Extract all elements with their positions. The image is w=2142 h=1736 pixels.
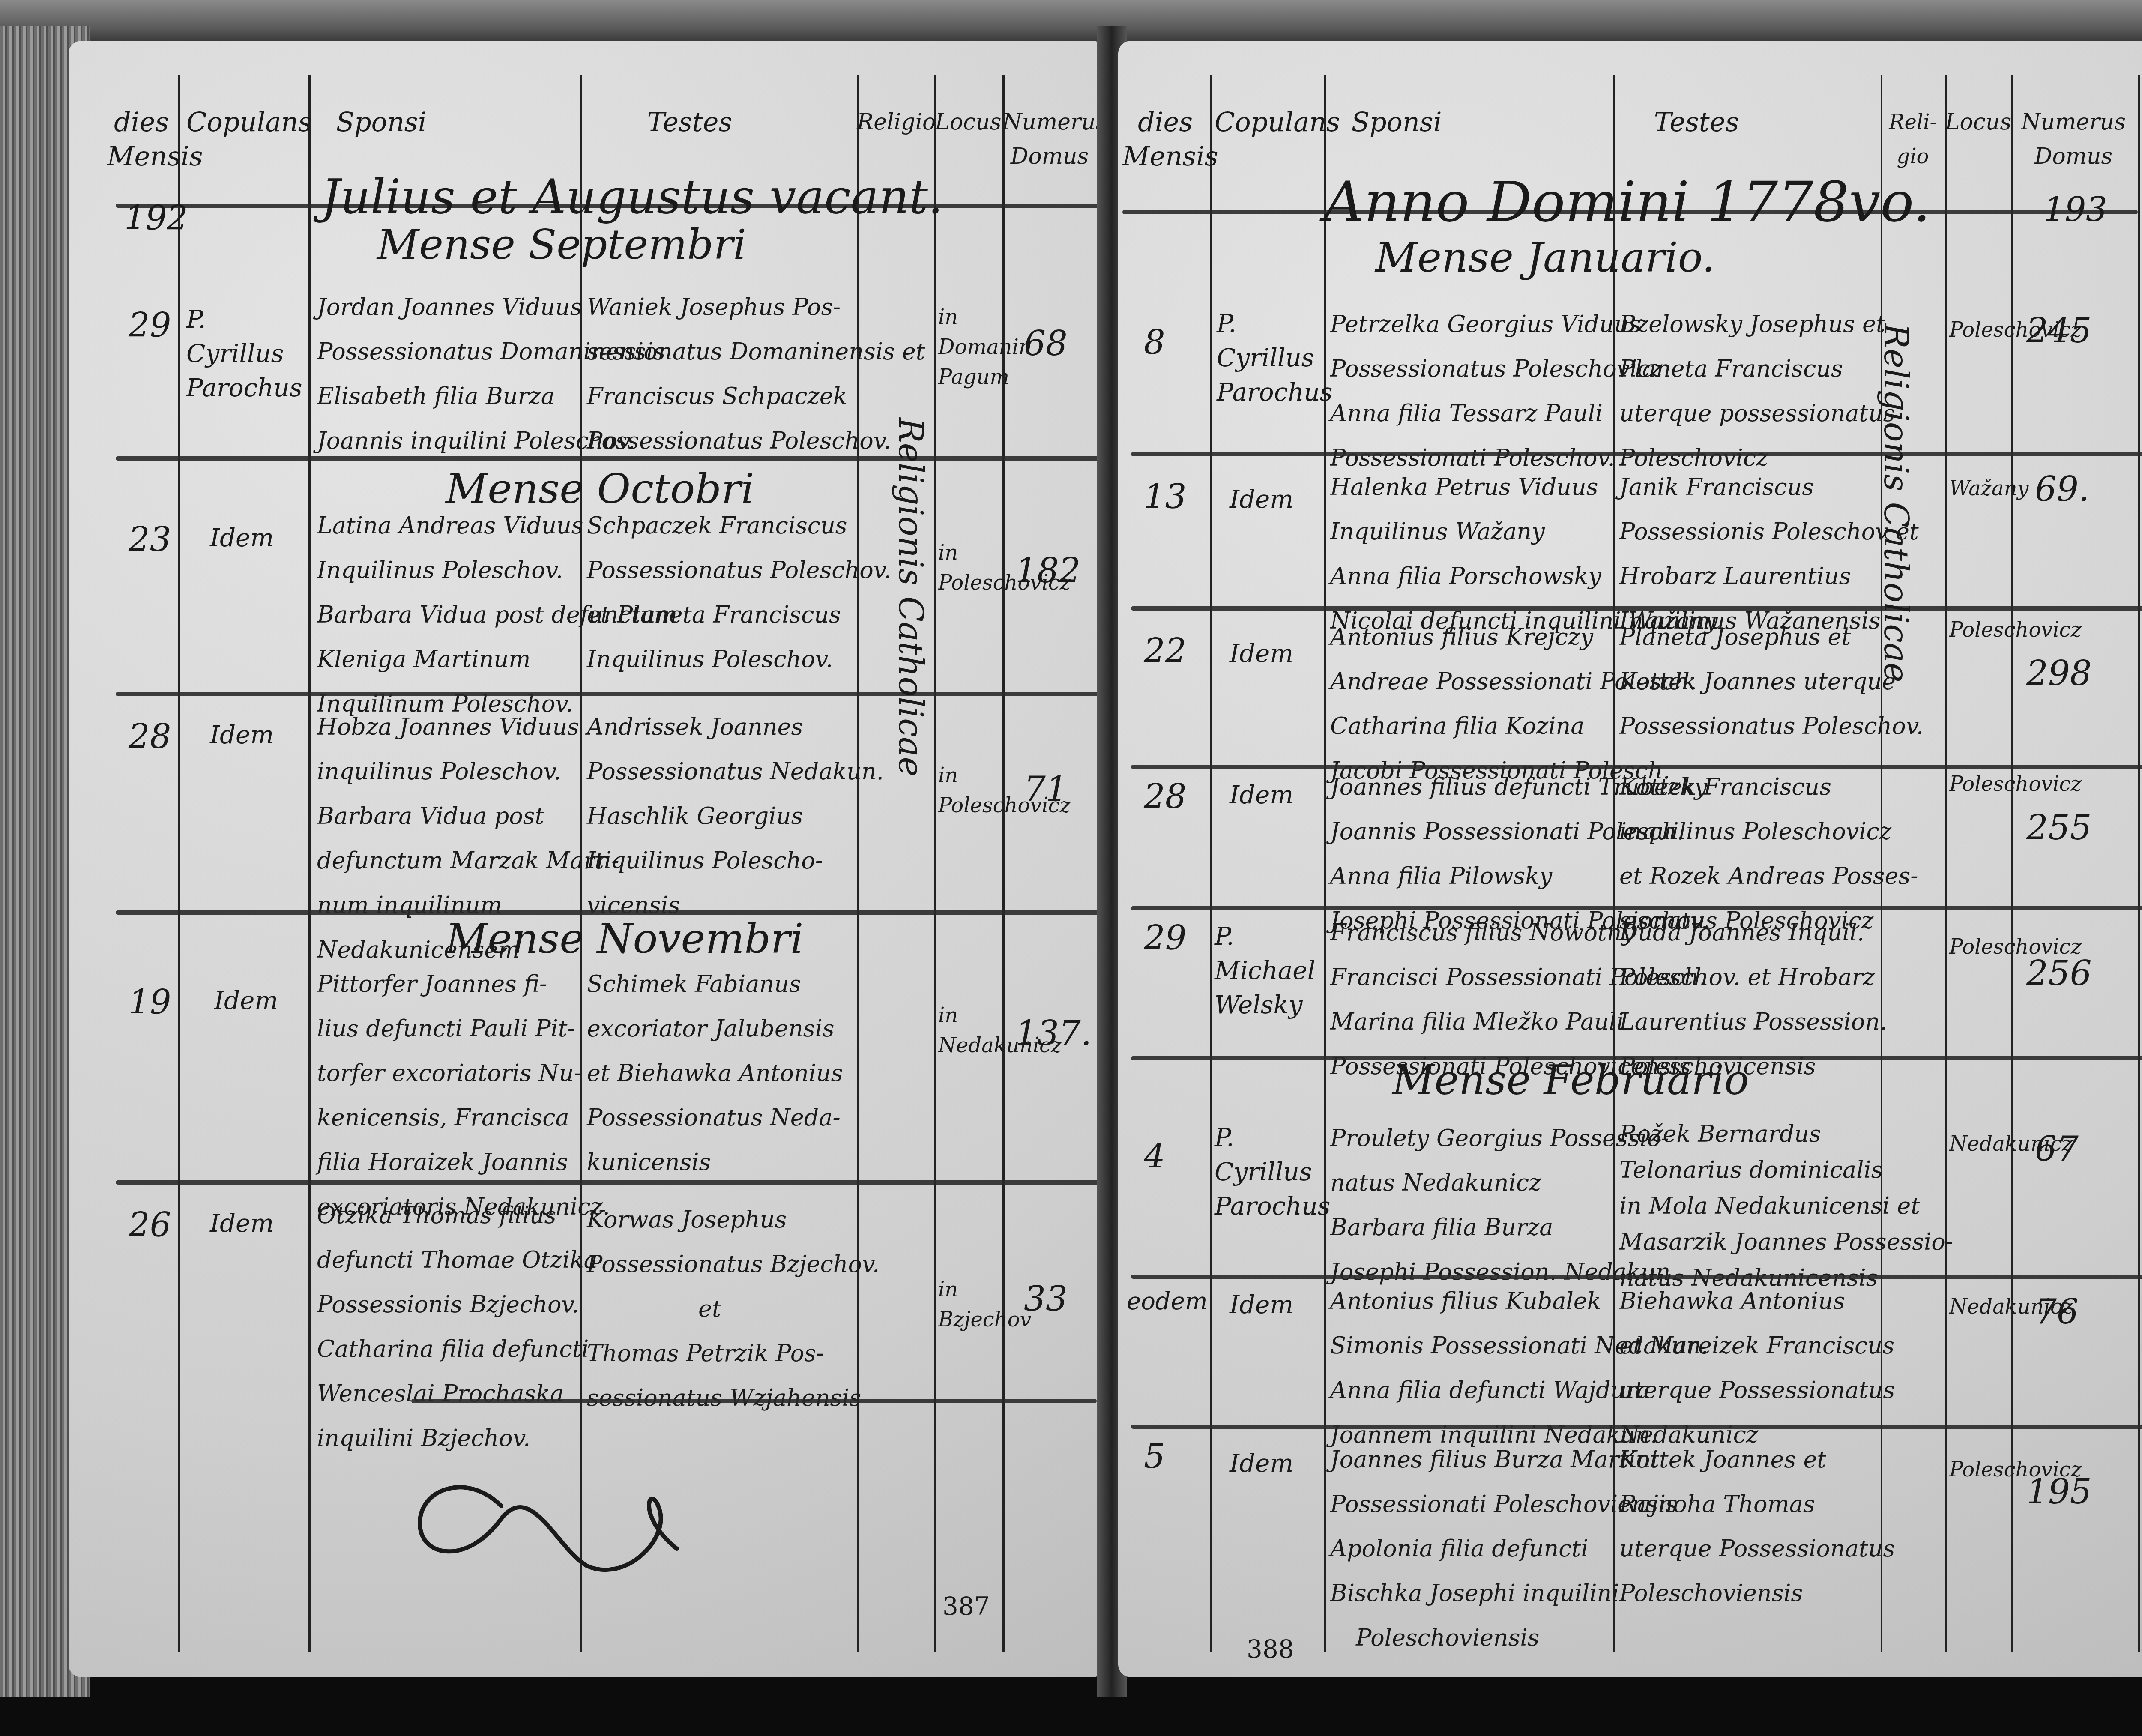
month-heading-february: Mense Februario bbox=[1392, 1056, 1749, 1104]
sponsi-line: inquilini Bzjechov. bbox=[317, 1416, 598, 1461]
register-spread: dies Mensis Copulans Sponsi Testes Relig… bbox=[0, 0, 2142, 1736]
entry-day: 13 bbox=[1144, 478, 1186, 516]
book-top-edge bbox=[0, 0, 2142, 47]
testes-line: Masarzik Joannes Possessio- bbox=[1619, 1224, 1953, 1260]
entry-copulans: Idem bbox=[214, 983, 278, 1018]
entry-domus: 76 bbox=[2035, 1292, 2079, 1332]
testes-line: Andrissek Joannes bbox=[587, 705, 884, 749]
testes-line: uterque Possessionatus bbox=[1619, 1526, 1895, 1571]
column-divider bbox=[1945, 75, 1947, 1652]
entry-testes: Waniek Josephus Pos- sessionatus Domanin… bbox=[587, 285, 925, 463]
testes-line: Possessionatus Poleschov. bbox=[587, 548, 891, 593]
entry-locus: Nedakunicz bbox=[1949, 1129, 2009, 1159]
sponsi-line: Pittorfer Joannes fi- bbox=[317, 962, 610, 1006]
entry-locus: Poleschovicz bbox=[1949, 932, 2009, 962]
testes-line: Poleschov. et Hrobarz bbox=[1619, 955, 1887, 1000]
testes-line: et Biehawka Antonius bbox=[587, 1051, 843, 1095]
testes-line: Possessionatus Neda- bbox=[587, 1095, 843, 1140]
column-header-locus: Locus bbox=[1945, 105, 2011, 139]
testes-line: sessionatus Wzjahensis bbox=[587, 1376, 880, 1420]
entry-copulans: Idem bbox=[210, 521, 274, 555]
testes-line: Kottek Joannes et bbox=[1619, 1437, 1895, 1482]
testes-line: Inquilinus Polescho- bbox=[587, 838, 884, 883]
entry-day: 28 bbox=[129, 718, 171, 756]
entry-sponsi: Otzika Thomas filius defuncti Thomae Otz… bbox=[317, 1193, 598, 1461]
testes-line: Possessionatus Bzjechov. bbox=[587, 1242, 880, 1287]
right-page: dies Mensis Copulans Sponsi Testes Reli-… bbox=[1118, 41, 2142, 1677]
column-header-copulans: Copulans bbox=[186, 105, 302, 139]
entry-domus: 69. bbox=[2035, 469, 2089, 509]
testes-line: Laurentius Possession. bbox=[1619, 1000, 1887, 1044]
testes-line: Korwas Josephus bbox=[587, 1197, 880, 1242]
entry-locus: in Nedakunicz bbox=[938, 1000, 998, 1060]
entry-day: 23 bbox=[129, 521, 171, 559]
sponsi-line: defuncti Thomae Otzika bbox=[317, 1238, 598, 1282]
sponsi-line: Barbara Vidua post bbox=[317, 794, 619, 838]
entry-domus: 182 bbox=[1015, 551, 1081, 590]
sponsi-line: defunctum Marzak Marti- bbox=[317, 838, 619, 883]
entry-copulans: Idem bbox=[1230, 1446, 1293, 1480]
entry-copulans: Idem bbox=[210, 1206, 274, 1240]
column-header-religio: Reli-gio bbox=[1881, 105, 1945, 174]
testes-line: Possessionatus Poleschov. bbox=[1619, 704, 1924, 748]
column-header-testes: Testes bbox=[1632, 105, 1761, 139]
sponsi-line: Possessionatus Poleschovicz bbox=[1330, 347, 1662, 391]
testes-line: Kottek Franciscus bbox=[1619, 765, 1918, 809]
closing-flourish-icon bbox=[403, 1455, 788, 1583]
testes-line: Schpaczek Franciscus bbox=[587, 503, 891, 548]
entry-locus: Wažany bbox=[1949, 473, 2029, 503]
entry-testes: Kottek Joannes et Rajnoha Thomas uterque… bbox=[1619, 1437, 1895, 1616]
column-divider bbox=[1002, 75, 1005, 1652]
testes-line: Janik Franciscus bbox=[1619, 465, 1919, 509]
testes-line: Inquilinus Poleschov. bbox=[587, 637, 891, 682]
entry-locus: Poleschovicz bbox=[1949, 315, 2009, 345]
column-divider bbox=[2011, 75, 2013, 1652]
testes-line: inquilinus Poleschovicz bbox=[1619, 809, 1918, 854]
entry-domus: 195 bbox=[2026, 1472, 2092, 1512]
testes-line: et Mareizek Franciscus bbox=[1619, 1323, 1895, 1368]
entry-day: 19 bbox=[129, 983, 171, 1022]
column-header-sponsi: Sponsi bbox=[1332, 105, 1461, 139]
testes-line: Thomas Petrzik Pos- bbox=[587, 1331, 880, 1376]
sponsi-line: Hobza Joannes Viduus bbox=[317, 705, 619, 749]
testes-line: in Mola Nedakunicensi et bbox=[1619, 1188, 1953, 1224]
entry-locus: in Poleschovicz bbox=[938, 538, 998, 598]
entry-locus: Nedakunicz bbox=[1949, 1292, 2009, 1322]
testes-line: Duda Joannes Inquil. bbox=[1619, 910, 1887, 955]
entry-testes: Schpaczek Franciscus Possessionatus Pole… bbox=[587, 503, 891, 682]
testes-line: Planeta Franciscus bbox=[1619, 347, 1895, 391]
year-heading: Anno Domini 1778vo. bbox=[1324, 169, 1930, 234]
column-header-numerus-domus: Numerus Domus bbox=[2011, 105, 2136, 174]
entry-copulans: Idem bbox=[1230, 1287, 1293, 1322]
sponsi-line: inquilinus Poleschov. bbox=[317, 749, 619, 794]
entry-testes: Rožek Bernardus Telonarius dominicalis i… bbox=[1619, 1116, 1953, 1296]
entry-rule bbox=[1131, 452, 2142, 456]
entry-day: 22 bbox=[1144, 632, 1186, 670]
entry-rule bbox=[116, 910, 1101, 915]
testes-line: Waniek Josephus Pos- bbox=[587, 285, 925, 329]
testes-line: excoriator Jalubensis bbox=[587, 1006, 843, 1051]
left-page: dies Mensis Copulans Sponsi Testes Relig… bbox=[69, 41, 1105, 1677]
testes-line: Rajnoha Thomas bbox=[1619, 1482, 1895, 1526]
testes-line: Telonarius dominicalis bbox=[1619, 1152, 1953, 1188]
entry-copulans: Idem bbox=[210, 718, 274, 752]
entry-domus: 33 bbox=[1024, 1279, 1068, 1319]
testes-line: Rožek Bernardus bbox=[1619, 1116, 1953, 1152]
entry-locus: Poleschovicz bbox=[1949, 615, 2009, 645]
entry-testes: Biehawka Antonius et Mareizek Franciscus… bbox=[1619, 1279, 1895, 1457]
sponsi-line: Wenceslai Prochaska bbox=[317, 1371, 598, 1416]
sponsi-line: kenicensis, Francisca bbox=[317, 1095, 610, 1140]
testes-line: Poleschoviensis bbox=[1619, 1571, 1895, 1616]
folio-number: 193 bbox=[2043, 191, 2107, 229]
testes-line: uterque Possessionatus bbox=[1619, 1368, 1895, 1413]
column-header-numerus-domus: Numerus Domus bbox=[1002, 105, 1097, 174]
testes-line: Possessionatus Nedakun. bbox=[587, 749, 884, 794]
entry-locus: Poleschovicz bbox=[1949, 769, 2009, 799]
sponsi-line: Otzika Thomas filius bbox=[317, 1193, 598, 1238]
entry-locus: in Bzjechov bbox=[938, 1275, 998, 1335]
testes-line: Possessionis Poleschov et bbox=[1619, 509, 1919, 554]
entry-rule bbox=[1131, 1275, 2142, 1279]
testes-line: Schimek Fabianus bbox=[587, 962, 843, 1006]
entry-domus: 255 bbox=[2026, 808, 2092, 847]
testes-line: Hrobarz Laurentius bbox=[1619, 554, 1919, 599]
column-header-locus: Locus bbox=[934, 105, 1002, 139]
entry-day: 29 bbox=[1144, 919, 1186, 958]
entry-rule bbox=[1131, 606, 2142, 611]
testes-line: uterque possessionatus bbox=[1619, 391, 1895, 436]
column-divider bbox=[1324, 75, 1326, 1652]
column-header-dies-mensis: dies Mensis bbox=[107, 105, 176, 174]
sponsi-line: Possessionis Bzjechov. bbox=[317, 1282, 598, 1327]
entry-day: 8 bbox=[1144, 323, 1165, 362]
sponsi-line: Petrzelka Georgius Viduus bbox=[1330, 302, 1662, 347]
entry-rule bbox=[116, 692, 1101, 696]
entry-day: 5 bbox=[1144, 1437, 1165, 1476]
testes-line: Haschlik Georgius bbox=[587, 794, 884, 838]
testes-line: Biehawka Antonius bbox=[1619, 1279, 1895, 1323]
entry-rule bbox=[1131, 906, 2142, 910]
column-header-testes: Testes bbox=[625, 105, 754, 139]
month-heading-september: Mense Septembri bbox=[377, 221, 746, 269]
entry-copulans: P. Michael Welsky bbox=[1215, 919, 1322, 1022]
entry-locus: Poleschovicz bbox=[1949, 1455, 2009, 1485]
entry-domus: 137. bbox=[1015, 1013, 1092, 1053]
entry-domus: 71 bbox=[1024, 769, 1068, 809]
column-divider bbox=[178, 75, 180, 1652]
entry-rule bbox=[116, 1180, 1101, 1185]
column-divider bbox=[1210, 75, 1212, 1652]
testes-line: kunicensis bbox=[587, 1140, 843, 1185]
religio-vertical-annotation: Religionis Catholicae bbox=[891, 418, 930, 777]
month-heading-november: Mense Novembri bbox=[446, 915, 803, 963]
column-divider bbox=[2138, 75, 2140, 1652]
entry-day: 4 bbox=[1144, 1137, 1165, 1176]
entry-copulans: P. Cyrillus Parochus bbox=[1217, 306, 1322, 409]
entry-rule bbox=[411, 1399, 1097, 1403]
entry-copulans: P. Cyrillus Parochus bbox=[1215, 1120, 1322, 1223]
testes-line: et Planeta Franciscus bbox=[587, 593, 891, 637]
entry-locus: in Domanin Pagum bbox=[938, 302, 998, 392]
entry-sponsi: Pittorfer Joannes fi- lius defuncti Paul… bbox=[317, 962, 610, 1229]
column-header-dies-mensis: dies Mensis bbox=[1122, 105, 1208, 174]
sponsi-line: lius defuncti Pauli Pit- bbox=[317, 1006, 610, 1051]
entry-domus: 245 bbox=[2026, 311, 2092, 350]
column-header-religio: Religio bbox=[857, 105, 934, 139]
entry-domus: 67 bbox=[2035, 1129, 2079, 1169]
entry-copulans: Idem bbox=[1230, 482, 1293, 516]
folio-number: 192 bbox=[124, 199, 188, 238]
column-header-copulans: Copulans bbox=[1215, 105, 1322, 139]
entry-copulans: Idem bbox=[1230, 636, 1293, 670]
entry-copulans: Idem bbox=[1230, 778, 1293, 812]
entry-testes: Andrissek Joannes Possessionatus Nedakun… bbox=[587, 705, 884, 928]
column-header-sponsi: Sponsi bbox=[317, 105, 446, 139]
vacant-note: Julius et Augustus vacant. bbox=[321, 169, 943, 224]
entry-domus: 256 bbox=[2026, 953, 2092, 993]
month-heading-january: Mense Januario. bbox=[1375, 233, 1715, 281]
entry-copulans: P. Cyrillus Parochus bbox=[186, 302, 306, 405]
entry-testes: Korwas Josephus Possessionatus Bzjechov.… bbox=[587, 1197, 880, 1420]
sponsi-line: Anna filia Tessarz Pauli bbox=[1330, 391, 1662, 436]
entry-rule bbox=[1131, 1425, 2142, 1429]
entry-testes: Schimek Fabianus excoriator Jalubensis e… bbox=[587, 962, 843, 1185]
sponsi-line: Poleschoviensis bbox=[1330, 1616, 1678, 1660]
entry-day: 26 bbox=[129, 1206, 171, 1245]
sponsi-line: filia Horaizek Joannis bbox=[317, 1140, 610, 1185]
entry-rule bbox=[116, 456, 1101, 461]
entry-day: eodem bbox=[1127, 1287, 1208, 1315]
page-number-bottom: 388 bbox=[1247, 1634, 1294, 1664]
column-divider bbox=[934, 75, 936, 1652]
testes-line: et Rozek Andreas Posses- bbox=[1619, 854, 1918, 898]
entry-domus: 298 bbox=[2026, 653, 2092, 693]
entry-day: 28 bbox=[1144, 778, 1186, 816]
entry-domus: 68 bbox=[1024, 323, 1068, 363]
testes-line: Franciscus Schpaczek bbox=[587, 374, 925, 419]
page-number-bottom: 387 bbox=[942, 1592, 990, 1621]
sponsi-line: Catharina filia defuncti bbox=[317, 1327, 598, 1371]
testes-line: Bzelowsky Josephus et bbox=[1619, 302, 1895, 347]
testes-line: et bbox=[587, 1287, 880, 1331]
entry-day: 29 bbox=[129, 306, 171, 345]
column-divider bbox=[308, 75, 311, 1652]
testes-line: sessionatus Domaninensis et bbox=[587, 329, 925, 374]
sponsi-line: torfer excoriatoris Nu- bbox=[317, 1051, 610, 1095]
entry-locus: in Poleschovicz bbox=[938, 760, 998, 820]
religio-vertical-annotation: Religionis Catholicae bbox=[1876, 323, 1915, 682]
